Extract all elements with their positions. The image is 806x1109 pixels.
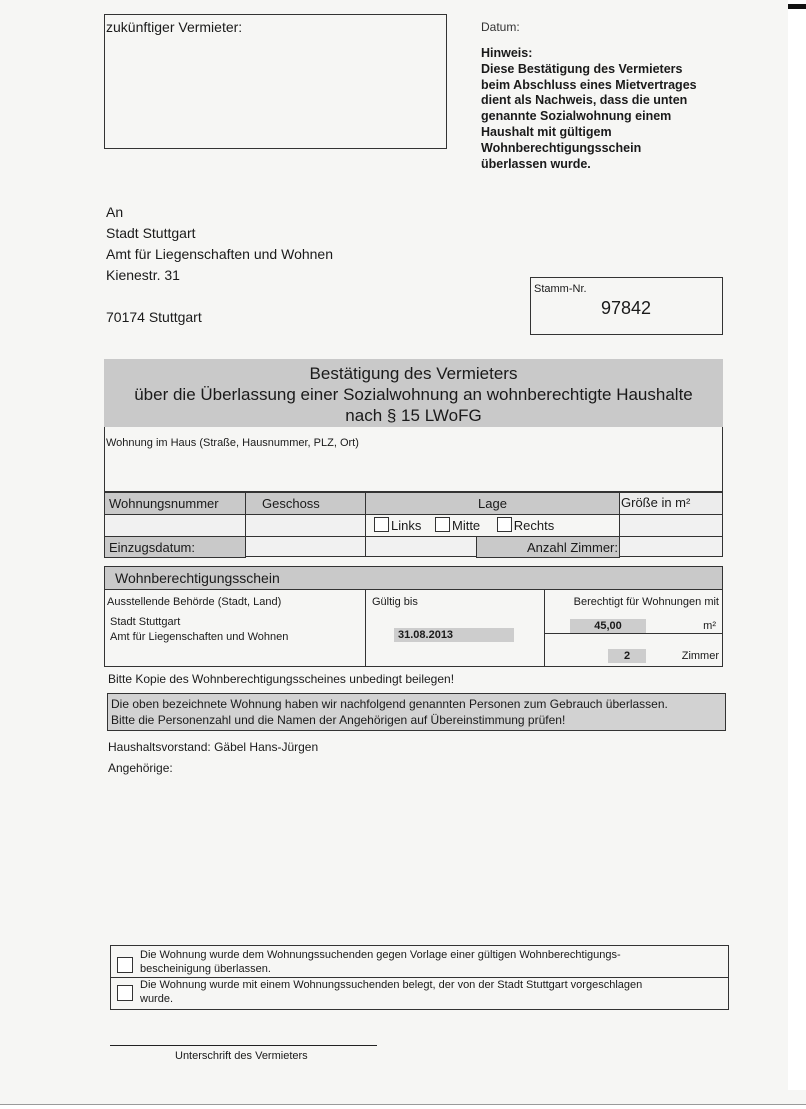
- notice-line: Diese Bestätigung des Vermieters: [481, 62, 697, 78]
- wbs-valid[interactable]: Gültig bis 31.08.2013: [365, 589, 545, 667]
- einzugsdatum-label: Einzugsdatum:: [104, 536, 246, 558]
- authority-line: Stadt Stuttgart: [110, 616, 180, 628]
- option-text: bescheinigung überlassen.: [140, 963, 271, 975]
- area-unit: m²: [703, 620, 716, 632]
- header-wohnungsnummer: Wohnungsnummer: [104, 492, 246, 515]
- apartment-address-label: Wohnung im Haus (Straße, Hausnummer, PLZ…: [106, 437, 359, 449]
- header-label: Lage: [478, 496, 507, 511]
- address-city: 70174 Stuttgart: [106, 307, 333, 328]
- notice-heading: Hinweis:: [481, 46, 697, 62]
- option-checkbox[interactable]: [117, 985, 133, 1001]
- landlord-label: zukünftiger Vermieter:: [106, 19, 242, 35]
- groesse-input[interactable]: [619, 514, 723, 537]
- copy-note: Bitte Kopie des Wohnberechtigungsscheine…: [108, 672, 454, 686]
- einzugsdatum-input[interactable]: [245, 536, 366, 557]
- rooms-unit: Zimmer: [682, 650, 719, 662]
- signature-label: Unterschrift des Vermieters: [175, 1050, 308, 1062]
- notice-line: Wohnberechtigungsschein: [481, 141, 697, 157]
- checkbox-mitte[interactable]: [435, 517, 450, 532]
- anzahl-zimmer-label: Anzahl Zimmer:: [476, 536, 620, 558]
- date-label: Datum:: [481, 20, 520, 34]
- header-label: Wohnungsnummer: [109, 496, 219, 511]
- household-head-value: Gäbel Hans-Jürgen: [214, 740, 318, 754]
- wbs-authority[interactable]: Ausstellende Behörde (Stadt, Land) Stadt…: [104, 589, 366, 667]
- lage-options: Links Mitte Rechts: [365, 514, 620, 537]
- option-row[interactable]: Die Wohnung wurde dem Wohnungssuchenden …: [111, 946, 728, 978]
- option-label: Mitte: [452, 518, 480, 533]
- option-label: Links: [391, 518, 421, 533]
- section-title: Wohnberechtigungsschein: [115, 570, 280, 586]
- header-label: Größe in m²: [621, 495, 690, 510]
- notice-line: Haushalt mit gültigem: [481, 125, 697, 141]
- signature-line[interactable]: [110, 1045, 377, 1046]
- header-label: Geschoss: [262, 496, 320, 511]
- members-label: Angehörige:: [108, 761, 173, 775]
- option-text: wurde.: [140, 993, 173, 1005]
- notice-line: überlassen wurde.: [481, 157, 697, 173]
- lage-blank: [365, 536, 477, 557]
- address-line: An: [106, 202, 333, 223]
- wbs-entitled: Berechtigt für Wohnungen mit 45,00 m²: [544, 589, 723, 634]
- wohnungsnummer-input[interactable]: [104, 514, 246, 537]
- option-text: Die Wohnung wurde mit einem Wohnungssuch…: [140, 979, 642, 991]
- rooms-value[interactable]: 2: [608, 649, 646, 663]
- lage-links[interactable]: Links: [374, 518, 421, 533]
- checkbox-links[interactable]: [374, 517, 389, 532]
- anzahl-zimmer-input[interactable]: [619, 536, 723, 557]
- option-checkbox[interactable]: [117, 957, 133, 973]
- notice: Hinweis: Diese Bestätigung des Vermieter…: [481, 46, 697, 172]
- scan-edge-bottom: [0, 1104, 806, 1109]
- authority-line: Amt für Liegenschaften und Wohnen: [110, 631, 288, 643]
- geschoss-input[interactable]: [245, 514, 366, 537]
- lage-rechts[interactable]: Rechts: [497, 518, 554, 533]
- landlord-box[interactable]: zukünftiger Vermieter:: [104, 14, 447, 149]
- authority-label: Ausstellende Behörde (Stadt, Land): [107, 596, 281, 608]
- persons-note: Die oben bezeichnete Wohnung haben wir n…: [107, 693, 726, 731]
- valid-label: Gültig bis: [372, 596, 418, 608]
- recipient-address: An Stadt Stuttgart Amt für Liegenschafte…: [106, 202, 333, 328]
- entitled-label: Berechtigt für Wohnungen mit: [574, 596, 719, 608]
- title-line: Bestätigung des Vermieters: [104, 363, 723, 384]
- stamm-number: 97842: [601, 298, 651, 319]
- header-groesse: Größe in m²: [619, 492, 723, 515]
- address-line: Kienestr. 31: [106, 265, 333, 286]
- option-label: Rechts: [514, 518, 554, 533]
- form-title: Bestätigung des Vermieters über die Über…: [104, 359, 723, 427]
- area-value[interactable]: 45,00: [570, 619, 646, 633]
- note-line: Bitte die Personenzahl und die Namen der…: [111, 712, 722, 728]
- title-line: nach § 15 LWoFG: [104, 405, 723, 426]
- notice-line: genannte Sozialwohnung einem: [481, 109, 697, 125]
- checkbox-rechts[interactable]: [497, 517, 512, 532]
- stamm-label: Stamm-Nr.: [534, 283, 587, 295]
- wbs-title: Wohnberechtigungsschein: [104, 566, 723, 590]
- scan-mark: [788, 4, 806, 9]
- household-head-label: Haushaltsvorstand:: [108, 740, 211, 754]
- header-geschoss: Geschoss: [245, 492, 366, 515]
- address-line: Amt für Liegenschaften und Wohnen: [106, 244, 333, 265]
- option-row[interactable]: Die Wohnung wurde mit einem Wohnungssuch…: [111, 978, 728, 1010]
- option-text: Die Wohnung wurde dem Wohnungssuchenden …: [140, 949, 621, 961]
- header-lage: Lage: [365, 492, 620, 515]
- stamm-box: Stamm-Nr. 97842: [530, 277, 723, 335]
- wbs-rooms: 2 Zimmer: [544, 633, 723, 667]
- apartment-address-field[interactable]: Wohnung im Haus (Straße, Hausnummer, PLZ…: [104, 427, 723, 492]
- valid-date: 31.08.2013: [394, 628, 514, 642]
- address-line: Stadt Stuttgart: [106, 223, 333, 244]
- note-line: Die oben bezeichnete Wohnung haben wir n…: [111, 696, 722, 712]
- label-text: Anzahl Zimmer:: [527, 540, 618, 555]
- label-text: Einzugsdatum:: [109, 540, 195, 555]
- options-box: Die Wohnung wurde dem Wohnungssuchenden …: [110, 945, 729, 1010]
- household-head: Haushaltsvorstand: Gäbel Hans-Jürgen: [108, 740, 318, 754]
- notice-line: beim Abschluss eines Mietvertrages: [481, 78, 697, 94]
- title-line: über die Überlassung einer Sozialwohnung…: [104, 384, 723, 405]
- lage-mitte[interactable]: Mitte: [435, 518, 480, 533]
- scan-edge: [788, 0, 806, 1090]
- notice-line: dient als Nachweis, dass die unten: [481, 93, 697, 109]
